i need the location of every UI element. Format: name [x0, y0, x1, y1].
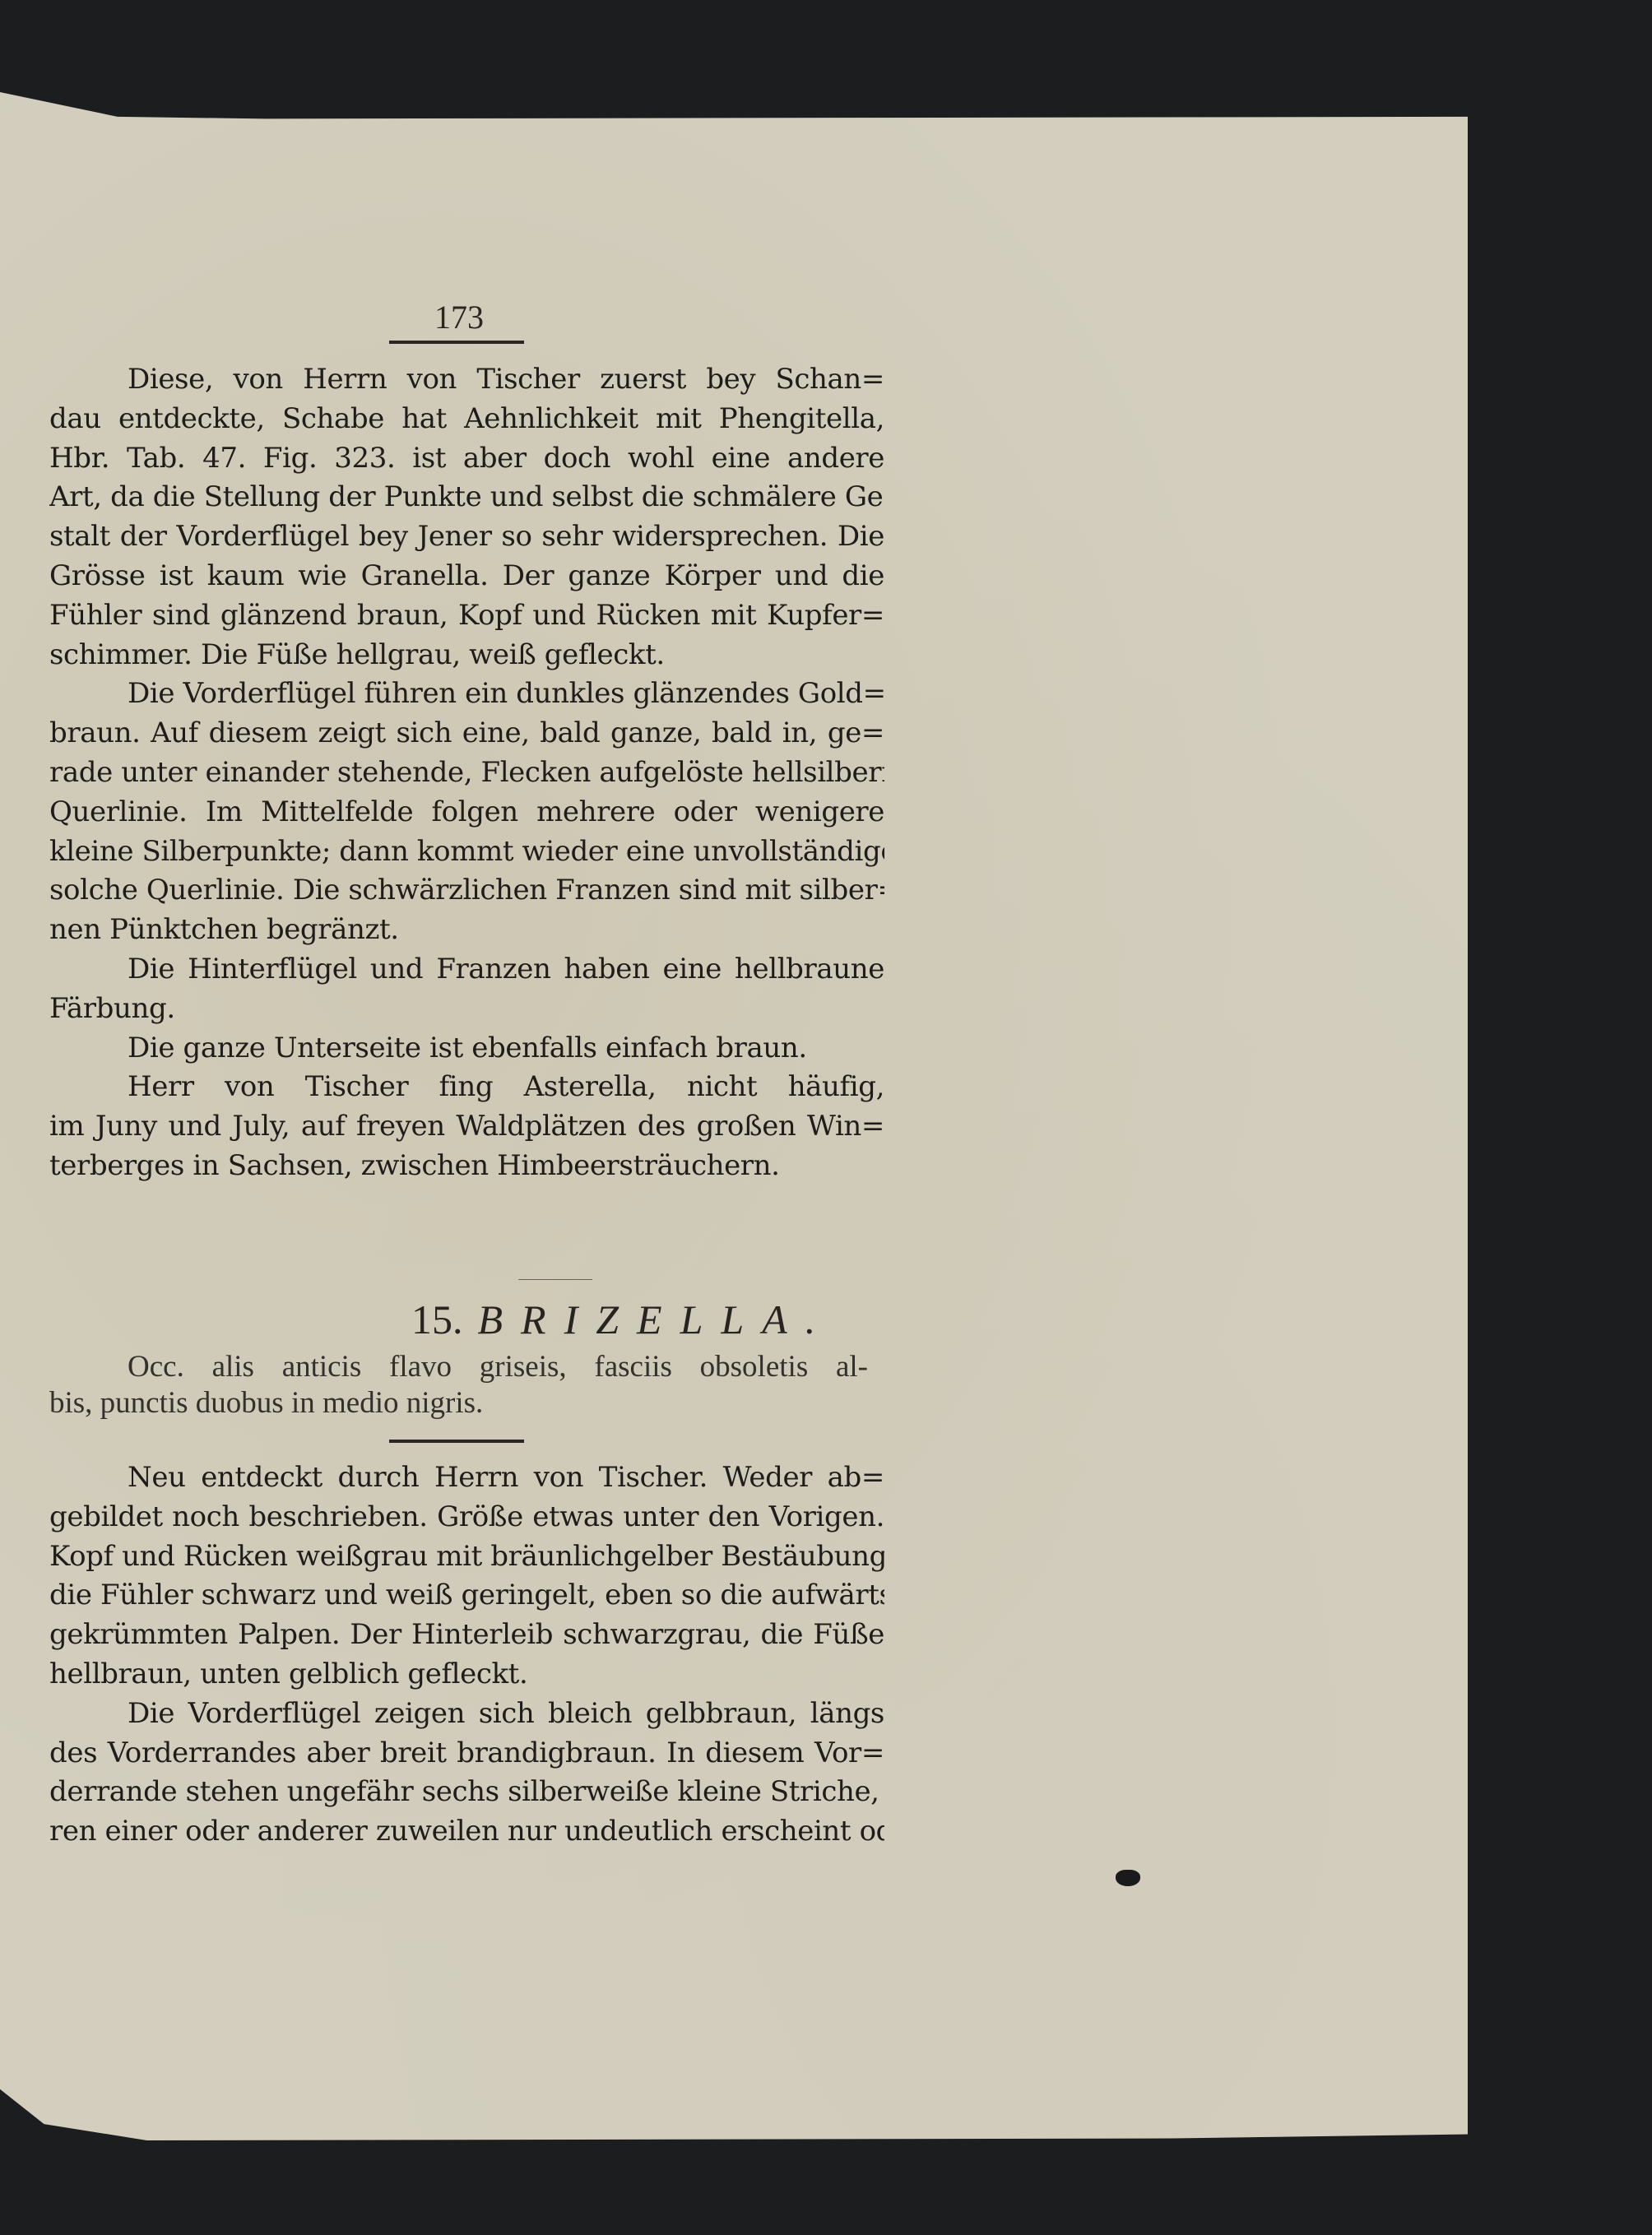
text-line: rade unter einander stehende, Flecken au… — [49, 754, 884, 793]
text-line: nen Pünktchen begränzt. — [49, 911, 884, 950]
page-number: 173 — [411, 298, 507, 336]
latin-line: Occ. alis anticis flavo griseis, fasciis… — [49, 1349, 868, 1385]
text-line: Grösse ist kaum wie Granella. Der ganze … — [49, 557, 884, 596]
section-separator — [518, 1279, 592, 1280]
species-heading: 15.BRIZELLA. — [411, 1296, 724, 1343]
header-rule — [389, 341, 524, 344]
body-text-section-2: Neu entdeckt durch Herrn von Tischer. We… — [49, 1458, 884, 1852]
text-line: Hbr. Tab. 47. Fig. 323. ist aber doch wo… — [49, 439, 884, 479]
diagnosis-rule — [389, 1440, 524, 1443]
text-line: dau entdeckte, Schabe hat Aehnlichkeit m… — [49, 400, 884, 439]
paper-hole-blemish — [1116, 1870, 1140, 1886]
text-line: derrande stehen ungefähr sechs silberwei… — [49, 1773, 884, 1812]
text-line: des Vorderrandes aber breit brandigbraun… — [49, 1734, 884, 1774]
text-line: Diese, von Herrn von Tischer zuerst bey … — [49, 360, 884, 400]
text-line: gekrümmten Palpen. Der Hinterleib schwar… — [49, 1616, 884, 1655]
text-line: hellbraun, unten gelblich gefleckt. — [49, 1655, 884, 1695]
text-line: kleine Silberpunkte; dann kommt wieder e… — [49, 832, 884, 872]
text-line: Die Vorderflügel zeigen sich bleich gelb… — [49, 1695, 884, 1734]
text-line: Art, da die Stellung der Punkte und selb… — [49, 478, 884, 517]
text-line: schimmer. Die Füße hellgrau, weiß geflec… — [49, 636, 884, 675]
latin-line: bis, punctis duobus in medio nigris. — [49, 1385, 868, 1421]
text-line: ren einer oder anderer zuweilen nur unde… — [49, 1812, 884, 1852]
text-line: im Juny und July, auf freyen Waldplätzen… — [49, 1107, 884, 1147]
text-line: gebildet noch beschrieben. Größe etwas u… — [49, 1498, 884, 1537]
text-line: braun. Auf diesem zeigt sich eine, bald … — [49, 714, 884, 754]
text-line: Herr von Tischer fing Asterella, nicht h… — [49, 1068, 884, 1107]
text-line: die Fühler schwarz und weiß geringelt, e… — [49, 1576, 884, 1616]
latin-diagnosis: Occ. alis anticis flavo griseis, fasciis… — [49, 1349, 868, 1421]
text-line: Kopf und Rücken weißgrau mit bräunlichge… — [49, 1537, 884, 1577]
species-number: 15. — [411, 1296, 463, 1342]
species-name: BRIZELLA. — [478, 1296, 834, 1342]
text-line: Die Hinterflügel und Franzen haben eine … — [49, 950, 884, 990]
text-line: Fühler sind glänzend braun, Kopf und Rüc… — [49, 596, 884, 636]
text-line: Die ganze Unterseite ist ebenfalls einfa… — [49, 1029, 884, 1069]
text-line: terberges in Sachsen, zwischen Himbeerst… — [49, 1147, 884, 1186]
text-line: Färbung. — [49, 990, 884, 1029]
text-line: Querlinie. Im Mittelfelde folgen mehrere… — [49, 793, 884, 832]
text-line: Die Vorderflügel führen ein dunkles glän… — [49, 675, 884, 714]
text-line: solche Querlinie. Die schwärzlichen Fran… — [49, 871, 884, 911]
text-line: stalt der Vorderflügel bey Jener so sehr… — [49, 517, 884, 557]
text-line: Neu entdeckt durch Herrn von Tischer. We… — [49, 1458, 884, 1498]
body-text-section-1: Diese, von Herrn von Tischer zuerst bey … — [49, 360, 884, 1186]
